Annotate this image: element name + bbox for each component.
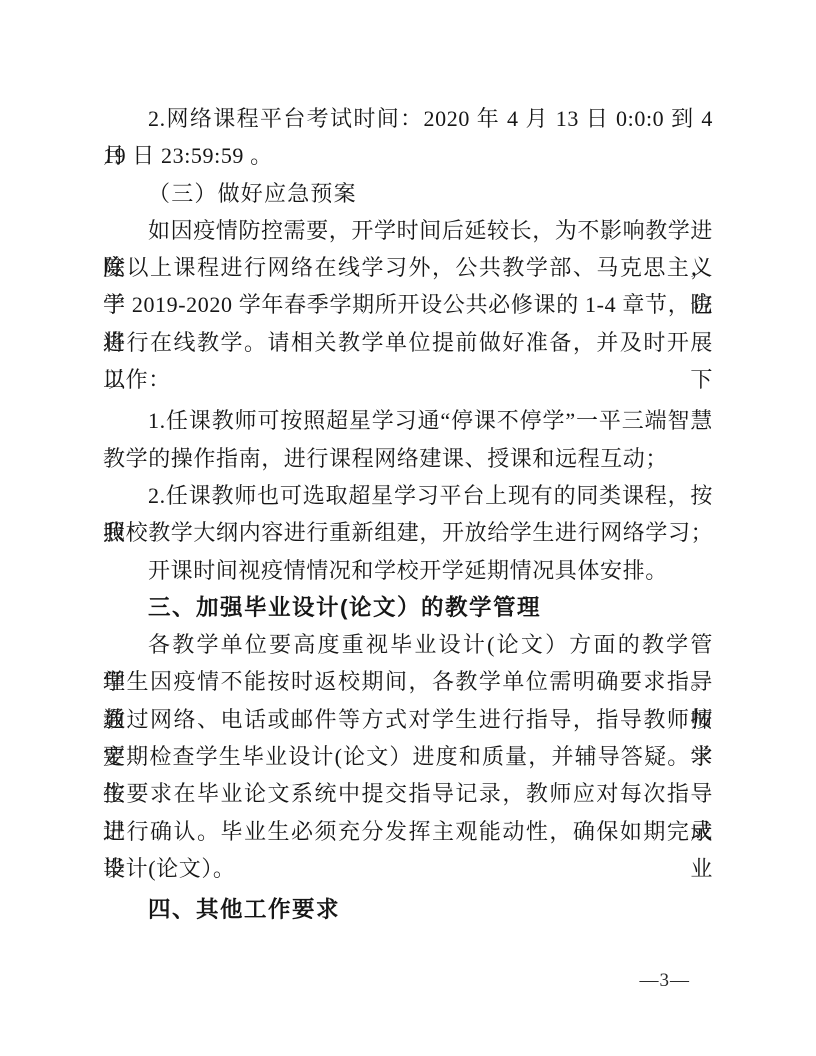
section-heading: 三、加强毕业设计(论文）的教学管理 — [103, 589, 713, 626]
text-line: 定期检查学生毕业设计(论文）进度和质量，并辅导答疑。学生 — [103, 738, 713, 775]
section-heading: 四、其他工作要求 — [103, 891, 713, 928]
text-line: 如因疫情防控需要，开学时间后延较长，为不影响教学进度， — [103, 212, 713, 249]
text-line: 教学的操作指南，进行课程网络建课、授课和远程互动； — [103, 440, 713, 477]
text-line: 进行在线教学。请相关教学单位提前做好准备，并及时开展以下 — [103, 324, 713, 361]
text-line: 开课时间视疫情情况和学校开学延期情况具体安排。 — [103, 552, 713, 589]
text-line: 2.网络课程平台考试时间：2020 年 4 月 13 日 0:0:0 到 4 月 — [103, 100, 713, 137]
text-line: 2.任课教师也可选取超星学习平台上现有的同类课程，按照 — [103, 477, 713, 514]
text-line: 学生因疫情不能按时返校期间，各教学单位需明确要求指导教师 — [103, 663, 713, 700]
page-number: —3— — [640, 966, 691, 996]
text-line: 各教学单位要高度重视毕业设计(论文）方面的教学管理。 — [103, 626, 713, 663]
text-line: 进行确认。毕业生必须充分发挥主观能动性，确保如期完成毕业 — [103, 813, 713, 850]
text-line: 19 日 23:59:59 。 — [103, 137, 713, 174]
text-line: 按要求在毕业论文系统中提交指导记录，教师应对每次指导记录 — [103, 775, 713, 812]
text-line: 通过网络、电话或邮件等方式对学生进行指导，指导教师按要求 — [103, 701, 713, 738]
text-line: 1.任课教师可按照超星学习通“停课不停学”一平三端智慧 — [103, 402, 713, 439]
text-line: 我校教学大纲内容进行重新组建，开放给学生进行网络学习； — [103, 514, 713, 551]
document-body: 2.网络课程平台考试时间：2020 年 4 月 13 日 0:0:0 到 4 月… — [103, 100, 713, 929]
text-line: 除以上课程进行网络在线学习外，公共教学部、马克思主义学院 — [103, 249, 713, 286]
text-line: 于 2019-2020 学年春季学期所开设公共必修课的 1-4 章节，也将 — [103, 286, 713, 323]
subsection-heading: （三）做好应急预案 — [103, 175, 713, 212]
document-page: 2.网络课程平台考试时间：2020 年 4 月 13 日 0:0:0 到 4 月… — [0, 0, 816, 1056]
